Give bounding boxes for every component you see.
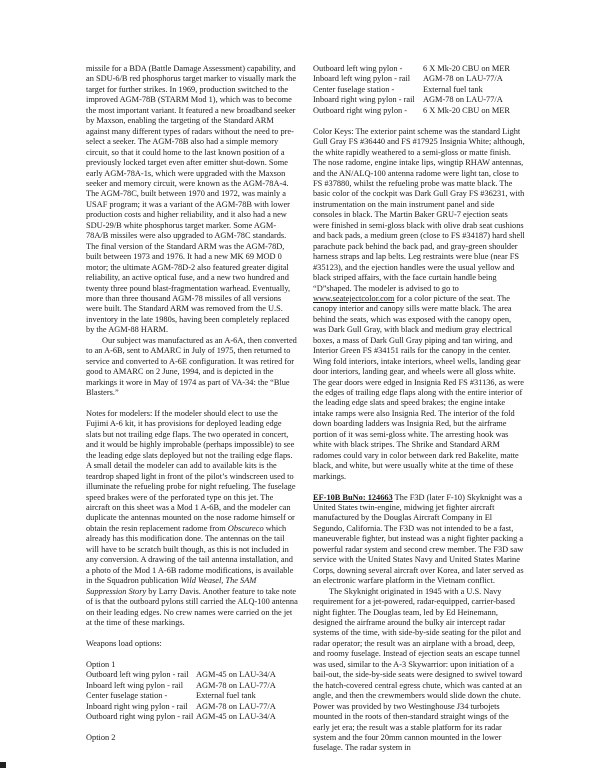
- ef10b-heading: EF-10B BuNo: 124663: [313, 493, 393, 502]
- notes-paragraph: Notes for modelers: If the modeler shoul…: [86, 409, 298, 629]
- option1-table: Outboard left wing pylon - railAGM-45 on…: [86, 670, 298, 722]
- subject-paragraph: Our subject was manufactured as an A-6A,…: [86, 336, 298, 399]
- missile-paragraph: missile for a BDA (Battle Damage Assessm…: [86, 64, 298, 336]
- color-keys-paragraph: Color Keys: The exterior paint scheme wa…: [313, 127, 525, 482]
- ef10b-paragraph: EF-10B BuNo: 124663 The F3D (later F-10)…: [313, 493, 525, 587]
- option2-heading: Option 2: [86, 733, 298, 743]
- right-column: Outboard left wing pylon -6 X Mk-20 CBU …: [313, 64, 525, 754]
- option2-table: Outboard left wing pylon -6 X Mk-20 CBU …: [313, 64, 525, 116]
- load-row: Inboard left wing pylon - railAGM-78 on …: [86, 681, 298, 691]
- load-row: Center fuselage station -External fuel t…: [86, 691, 298, 701]
- skyknight-paragraph: The Skyknight originated in 1945 with a …: [313, 587, 525, 754]
- left-column: missile for a BDA (Battle Damage Assessm…: [86, 64, 298, 743]
- weapons-heading: Weapons load options:: [86, 639, 298, 649]
- load-row: Outboard right wing pylon -6 X Mk-20 CBU…: [313, 106, 525, 116]
- option1-heading: Option 1: [86, 660, 298, 670]
- scan-mark: [0, 762, 6, 768]
- seat-color-link[interactable]: www.seatejectcolor.com: [313, 294, 394, 303]
- load-row: Inboard left wing pylon - railAGM-78 on …: [313, 74, 525, 84]
- load-row: Center fuselage station -External fuel t…: [313, 85, 525, 95]
- load-row: Inboard right wing pylon - railAGM-78 on…: [313, 95, 525, 105]
- load-row: Outboard left wing pylon -6 X Mk-20 CBU …: [313, 64, 525, 74]
- vendor-name: Obscureco: [228, 524, 264, 533]
- load-row: Outboard right wing pylon - railAGM-45 o…: [86, 712, 298, 722]
- load-row: Inboard right wing pylon - railAGM-78 on…: [86, 702, 298, 712]
- load-row: Outboard left wing pylon - railAGM-45 on…: [86, 670, 298, 680]
